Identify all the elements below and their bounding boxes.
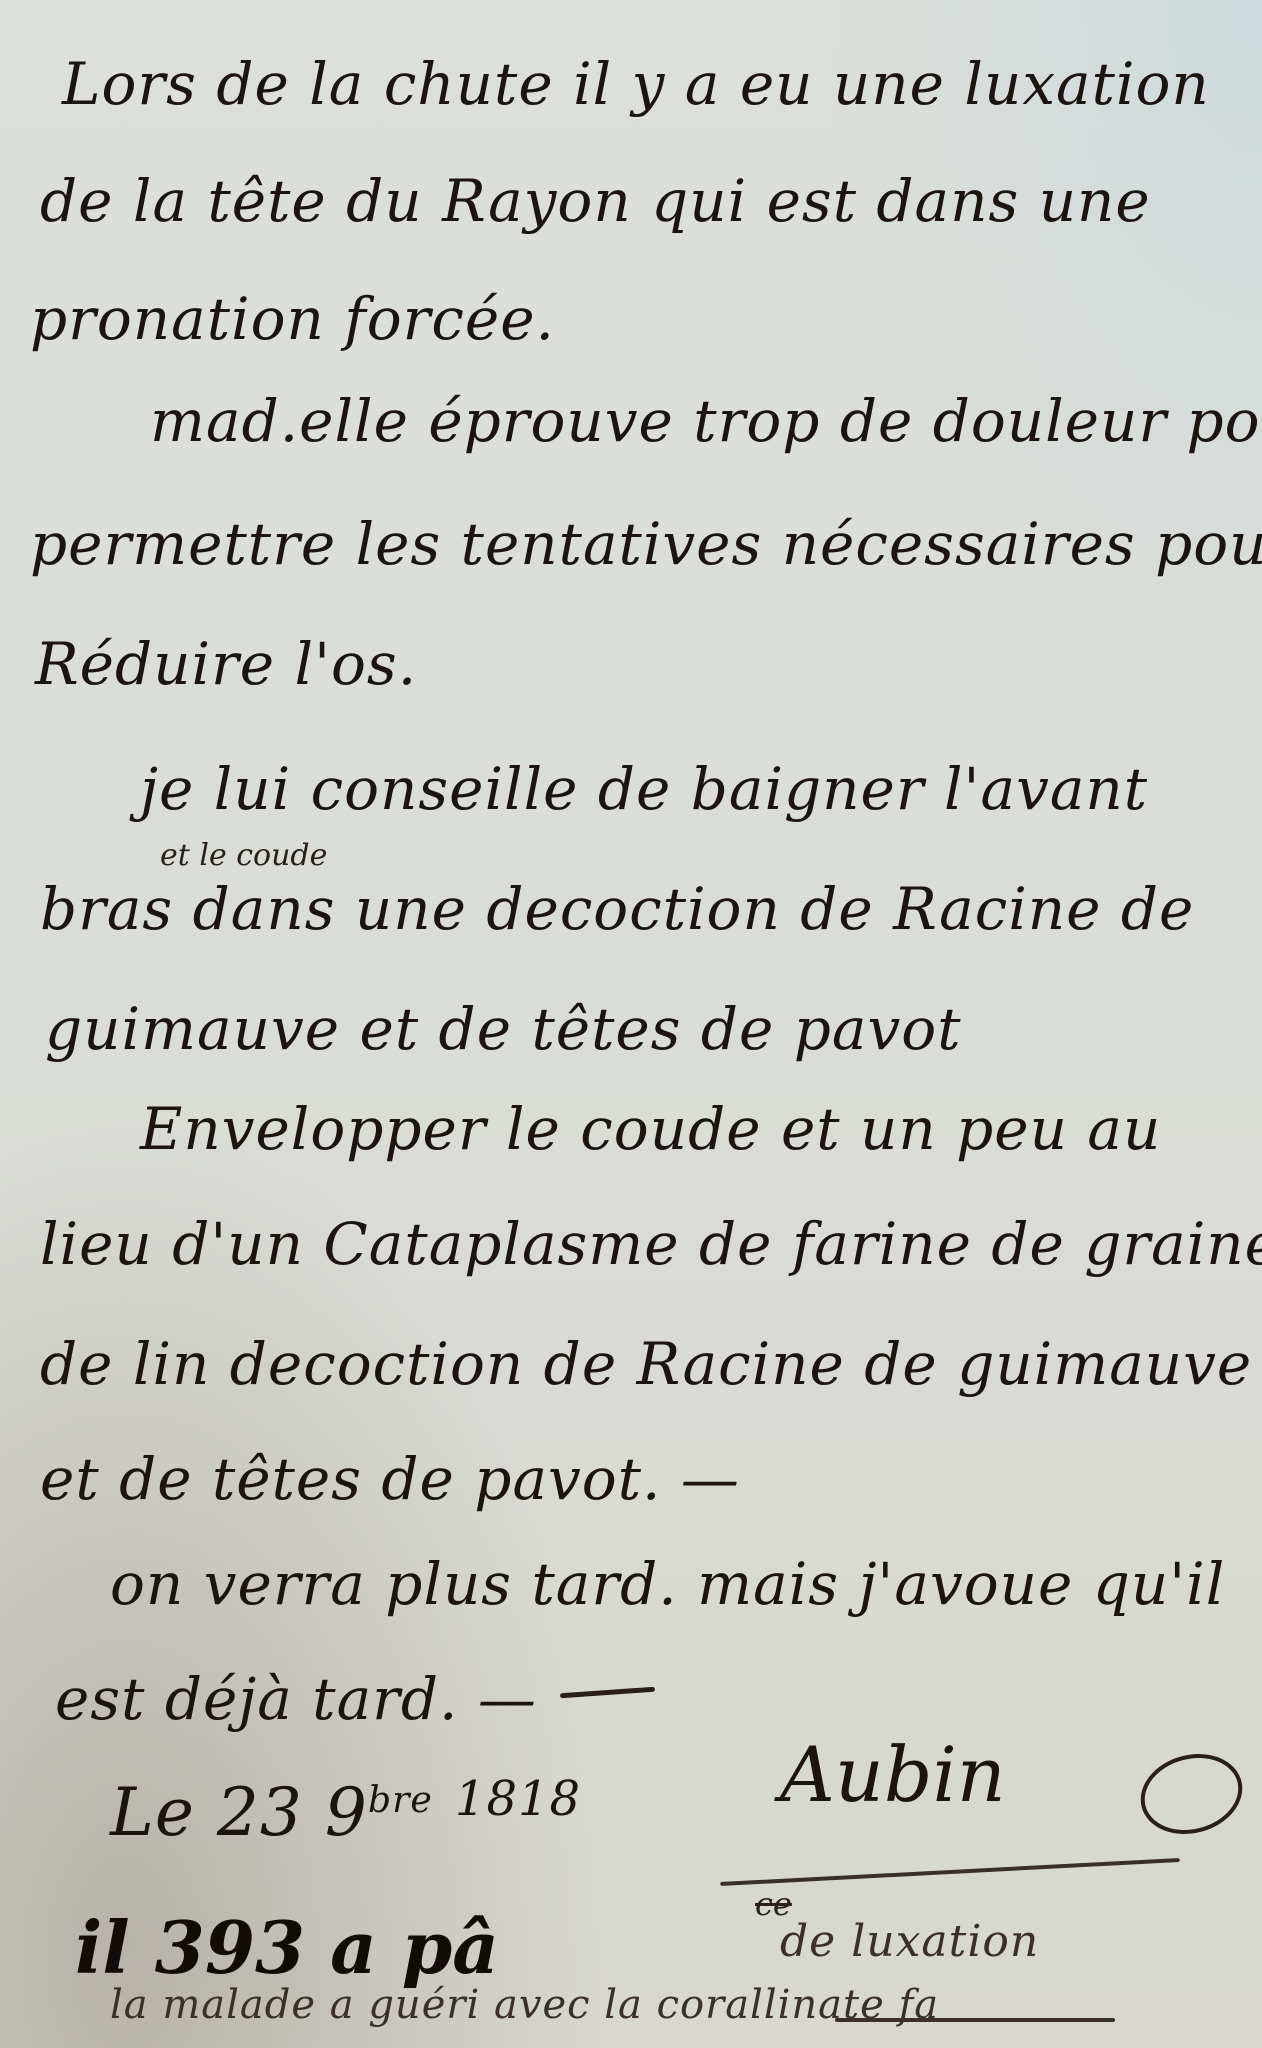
date-day: 23 <box>217 1774 303 1851</box>
postscript-addition: de luxation <box>780 1920 1039 1964</box>
date-year: 1818 <box>455 1771 581 1827</box>
date-month-superscript: bre <box>368 1778 433 1821</box>
text-line-6: Réduire l'os. <box>35 635 417 693</box>
text-line-12: de lin decoction de Racine de guimauve <box>40 1335 1252 1393</box>
date-prefix: Le <box>110 1774 195 1851</box>
postscript-footer-line: la malade a guéri avec la corallinate fa <box>110 1985 939 2025</box>
text-line-5: permettre les tentatives nécessaires pou… <box>30 515 1262 573</box>
manuscript-page: Lors de la chute il y a eu une luxation … <box>0 0 1262 2048</box>
date-line: Le 23 9bre 1818 <box>110 1780 581 1846</box>
text-line-10: Envelopper le coude et un peu au <box>140 1100 1161 1158</box>
signature-flourish <box>1132 1743 1252 1845</box>
text-line-1: Lors de la chute il y a eu une luxation <box>62 55 1210 113</box>
interlinear-insertion: et le coude <box>160 838 327 873</box>
text-line-11: lieu d'un Cataplasme de farine de graine <box>40 1215 1262 1273</box>
text-line-2: de la tête du Rayon qui est dans une <box>40 172 1151 230</box>
text-line-7: je lui conseille de baigner l'avant <box>140 760 1148 818</box>
closing-dash <box>560 1687 655 1699</box>
text-line-9: guimauve et de têtes de pavot <box>45 1000 962 1058</box>
signature: Aubin <box>780 1730 1006 1819</box>
text-line-13: et de têtes de pavot. — <box>40 1450 740 1508</box>
text-line-14: on verra plus tard. mais j'avoue qu'il <box>110 1555 1225 1613</box>
text-line-4: mad.elle éprouve trop de douleur pour <box>150 392 1262 450</box>
date-month: 9 <box>325 1774 368 1851</box>
text-line-15: est déjà tard. — <box>55 1670 537 1728</box>
footer-underline <box>835 2018 1115 2022</box>
signature-underline <box>720 1858 1180 1886</box>
heavy-ink-mark: il 393 a pâ <box>75 1905 499 1990</box>
text-line-3: pronation forcée. <box>30 290 555 348</box>
text-line-8: bras dans une decoction de Racine de <box>40 880 1194 938</box>
